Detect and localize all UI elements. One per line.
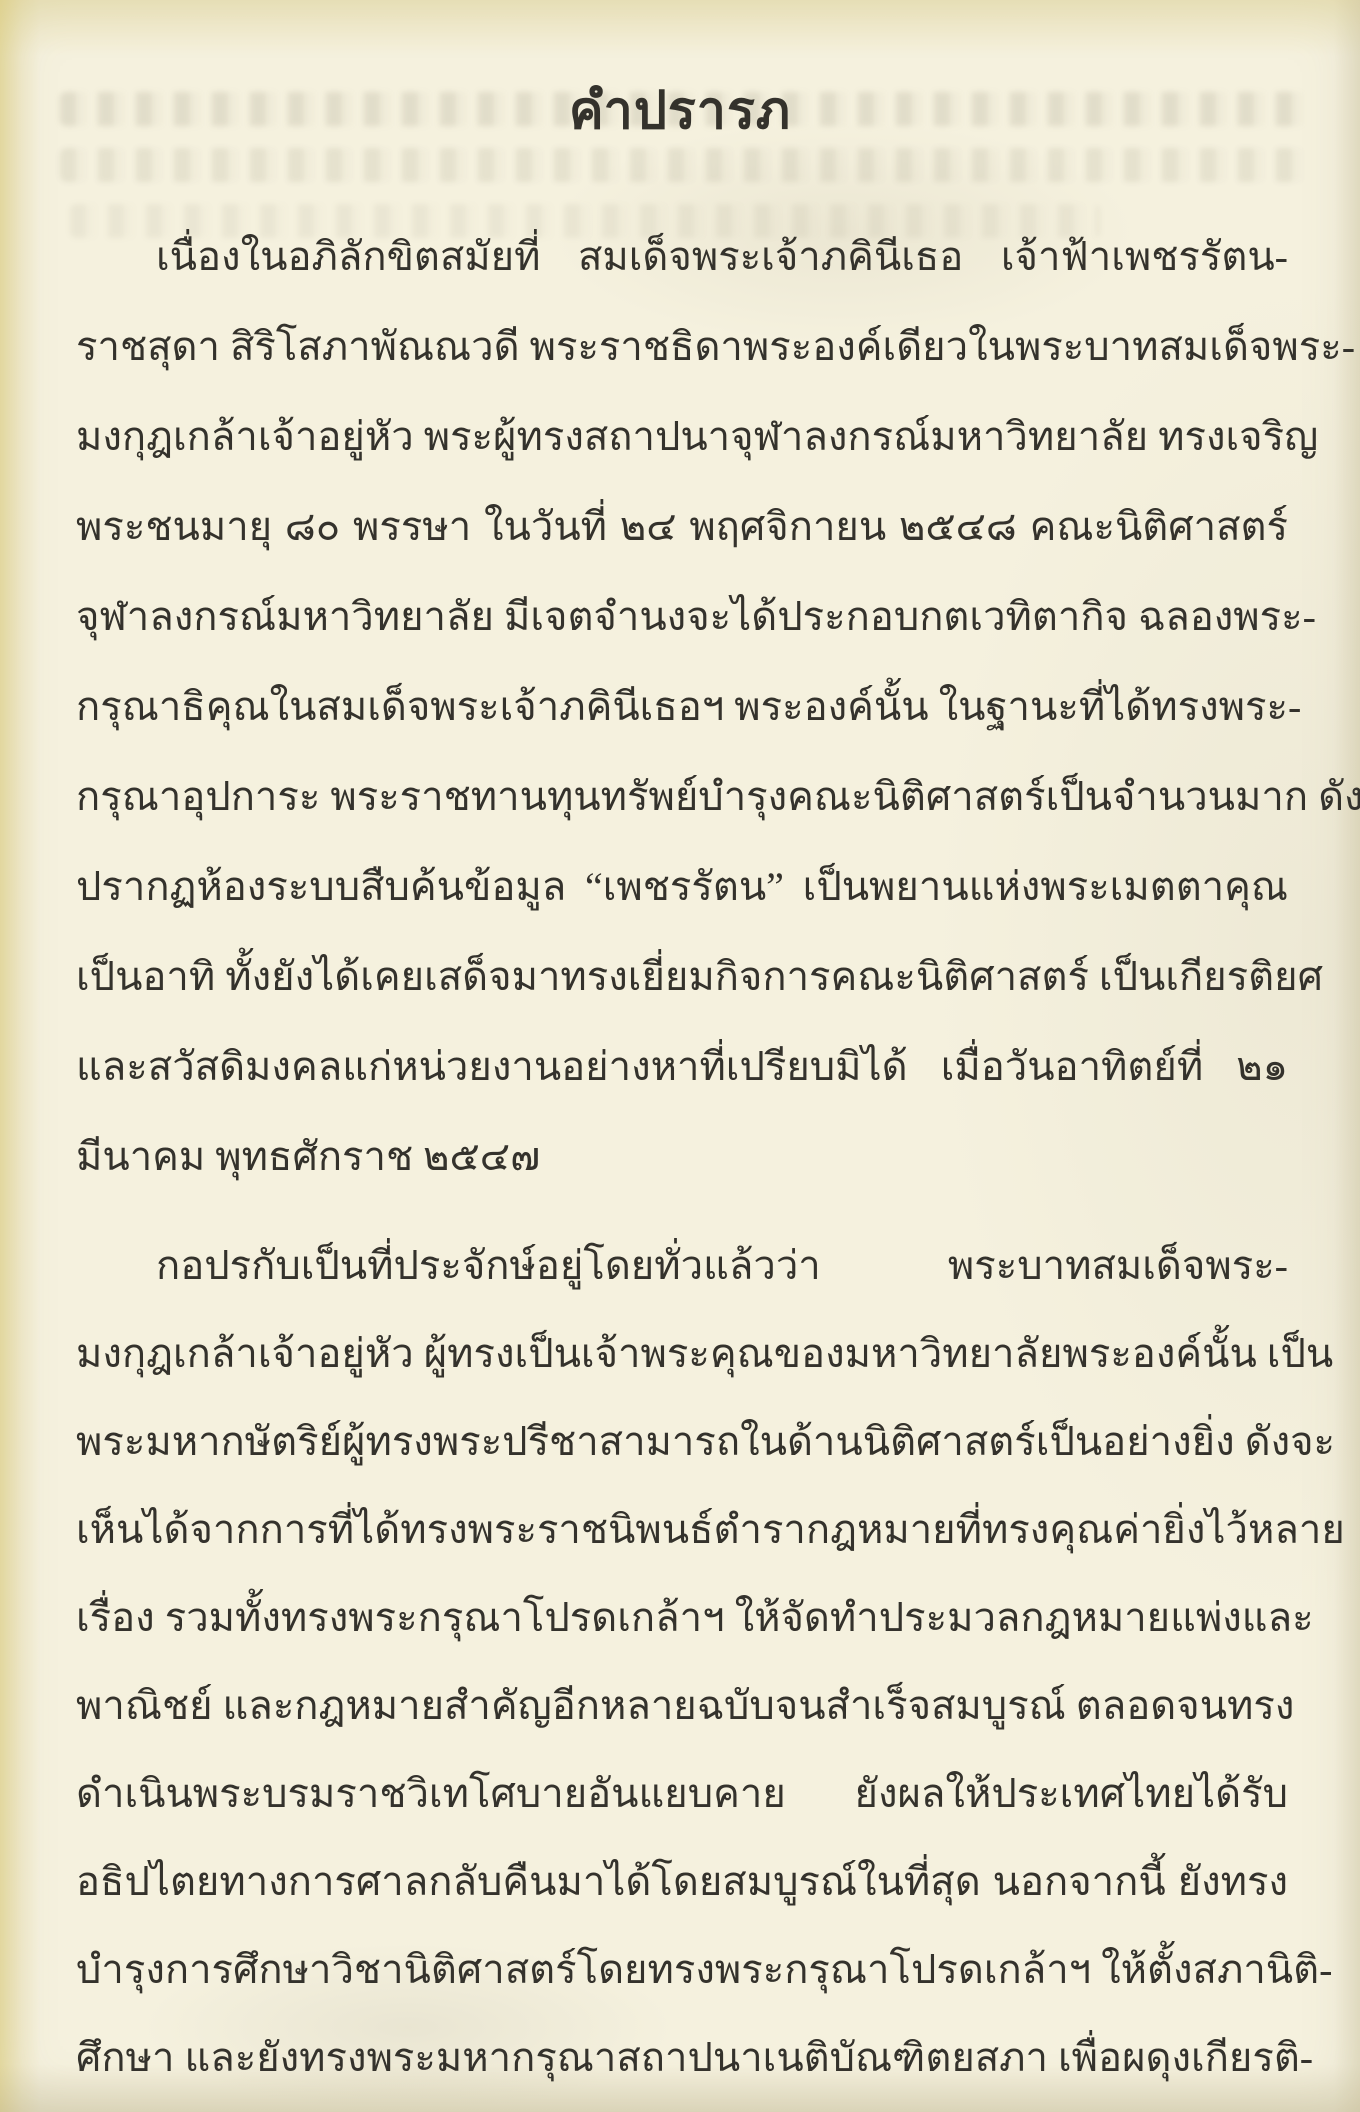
text-line: ศึกษา และยังทรงพระมหากรุณาสถาปนาเนติบัณฑ… [76, 2014, 1288, 2102]
text-line: มงกุฎเกล้าเจ้าอยู่หัว ผู้ทรงเป็นเจ้าพระค… [76, 1310, 1288, 1398]
paper-edge-tint-left [0, 0, 40, 2112]
text-line: ปรากฏห้องระบบสืบค้นข้อมูล “เพชรรัตน” เป็… [76, 842, 1288, 932]
text-line: อธิปไตยทางการศาลกลับคืนมาได้โดยสมบูรณ์ใน… [76, 1838, 1288, 1926]
text-line: พระชนมายุ ๘๐ พรรษา ในวันที่ ๒๔ พฤศจิกายน… [76, 482, 1288, 572]
text-line: บำรุงการศึกษาวิชานิติศาสตร์โดยทรงพระกรุณ… [76, 1926, 1288, 2014]
text-line: เนื่องในอภิลักขิตสมัยที่ สมเด็จพระเจ้าภค… [76, 212, 1288, 302]
text-line: เห็นได้จากการที่ได้ทรงพระราชนิพนธ์ตำรากฎ… [76, 1486, 1288, 1574]
text-line: มงกุฎเกล้าเจ้าอยู่หัว พระผู้ทรงสถาปนาจุฬ… [76, 392, 1288, 482]
text-line: เป็นอาทิ ทั้งยังได้เคยเสด็จมาทรงเยี่ยมกิ… [76, 932, 1288, 1022]
text-line: มีนาคม พุทธศักราช ๒๕๔๗ [76, 1112, 1288, 1202]
paper-edge-tint-right [1334, 0, 1360, 2112]
text-line: พาณิชย์ และกฎหมายสำคัญอีกหลายฉบับจนสำเร็… [76, 1662, 1288, 1750]
text-line: พระมหากษัตริย์ผู้ทรงพระปรีชาสามารถในด้าน… [76, 1398, 1288, 1486]
paper-edge-tint-top [0, 0, 1360, 56]
paragraph-1: เนื่องในอภิลักขิตสมัยที่ สมเด็จพระเจ้าภค… [76, 212, 1288, 1202]
text-line: กรุณาอุปการะ พระราชทานทุนทรัพย์บำรุงคณะน… [76, 752, 1288, 842]
text-line: ดำเนินพระบรมราชวิเทโศบายอันแยบคาย ยังผลใ… [76, 1750, 1288, 1838]
paragraph-2: กอปรกับเป็นที่ประจักษ์อยู่โดยทั่วแล้วว่า… [76, 1222, 1288, 2102]
text-line: จุฬาลงกรณ์มหาวิทยาลัย มีเจตจำนงจะได้ประก… [76, 572, 1288, 662]
text-line: กรุณาธิคุณในสมเด็จพระเจ้าภคินีเธอฯ พระอง… [76, 662, 1288, 752]
text-line: กอปรกับเป็นที่ประจักษ์อยู่โดยทั่วแล้วว่า… [76, 1222, 1288, 1310]
page-title: คำปรารภ [0, 68, 1360, 151]
text-line: เรื่อง รวมทั้งทรงพระกรุณาโปรดเกล้าฯ ให้จ… [76, 1574, 1288, 1662]
bleedthrough-artifact [60, 148, 1310, 182]
text-line: และสวัสดิมงคลแก่หน่วยงานอย่างหาที่เปรียบ… [76, 1022, 1288, 1112]
text-line: ราชสุดา สิริโสภาพัณณวดี พระราชธิดาพระองค… [76, 302, 1288, 392]
scanned-book-page: คำปรารภ เนื่องในอภิลักขิตสมัยที่ สมเด็จพ… [0, 0, 1360, 2112]
